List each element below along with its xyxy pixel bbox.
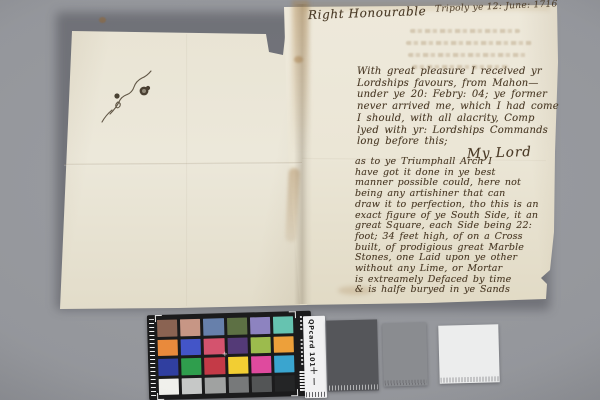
color-patch	[250, 336, 271, 353]
color-patch	[180, 319, 201, 336]
handwriting-line: draw it to perfection, tho this is an	[355, 200, 539, 211]
ruler-ticks	[385, 379, 427, 385]
showthrough-line	[406, 41, 532, 45]
color-patch	[204, 357, 225, 374]
color-calibration-card: +	[147, 311, 313, 400]
showthrough-line	[410, 29, 520, 33]
color-patch	[182, 377, 203, 394]
crosshair-icon: +	[309, 364, 319, 377]
color-patch-row	[157, 316, 293, 336]
color-patch	[181, 358, 202, 375]
color-patch	[158, 358, 179, 375]
card-ruler-scale	[149, 319, 156, 396]
color-patch	[228, 357, 249, 374]
ruler-ticks	[306, 392, 326, 398]
color-patch	[273, 316, 294, 333]
color-patch	[251, 375, 272, 392]
color-patch	[228, 376, 249, 393]
label-tick-mark	[314, 378, 315, 385]
handwriting-line: Lordships favours, from Mahon—	[357, 78, 559, 90]
registration-bracket	[289, 311, 296, 318]
letter-paragraph-2: as to ye Triumphall Arch Ihave got it do…	[355, 157, 539, 296]
photograph-of-manuscript: Right Honourable Tripoly ye 12: June: 17…	[0, 0, 600, 400]
handwriting-line: lyed with yr: Lordships Commands	[357, 125, 559, 137]
color-patch	[157, 319, 178, 336]
color-patch	[226, 318, 247, 335]
qpcard-label-bar: QPcard 101 +	[303, 316, 327, 399]
qpcard-label: QPcard 101	[307, 319, 316, 367]
ink-annotation	[98, 52, 170, 124]
color-patch	[251, 356, 272, 373]
color-patch	[250, 317, 271, 334]
handwriting-line: With great pleasure I received yr	[357, 66, 559, 78]
color-patch	[203, 318, 224, 335]
color-patch	[227, 337, 248, 354]
handwriting-line: under ye 20: Febry: 04; ye former	[357, 89, 559, 101]
gray-patch-dark	[326, 319, 379, 391]
registration-bracket	[291, 389, 298, 396]
color-patch-row	[158, 355, 294, 375]
ruler-ticks	[441, 376, 499, 383]
color-patch	[274, 355, 295, 372]
letter-paragraph-1: With great pleasure I received yrLordshi…	[357, 66, 559, 148]
gray-patch-mid	[382, 322, 428, 386]
handwriting-line: never arrived me, which I had come	[357, 101, 559, 113]
gray-patch-white	[438, 324, 499, 384]
handwriting-line: & is halfe buryed in ye Sands	[355, 285, 539, 296]
color-patch	[158, 339, 179, 356]
color-patch-row	[159, 375, 295, 395]
color-patch	[181, 338, 202, 355]
showthrough-line	[408, 53, 526, 57]
letter-left-leaf	[58, 28, 308, 312]
centre-fold-shadow	[294, 4, 312, 304]
color-patch	[273, 336, 294, 353]
registration-bracket	[155, 315, 162, 322]
registration-bracket	[157, 393, 164, 400]
registration-cross-icon: +	[222, 350, 228, 358]
ruler-ticks	[329, 384, 378, 390]
color-patch	[205, 377, 226, 394]
handwriting-line: I should, with all alacrity, Comp	[357, 113, 559, 125]
vertical-fold-crease	[186, 34, 188, 306]
